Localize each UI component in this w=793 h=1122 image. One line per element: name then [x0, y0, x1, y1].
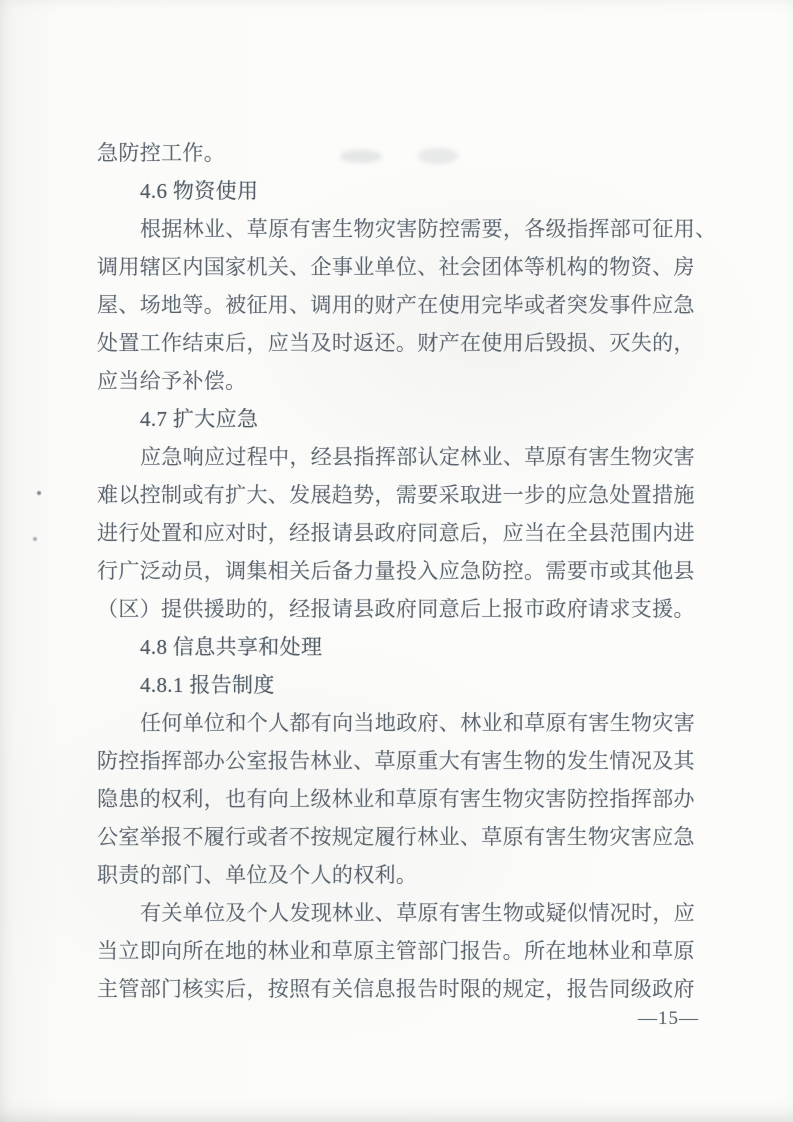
text-line: （区）提供援助的，经报请县政府同意后上报市政府请求支援。	[97, 590, 729, 628]
text-line: 职责的部门、单位及个人的权利。	[97, 856, 729, 894]
text-line: 应急响应过程中，经县指挥部认定林业、草原有害生物灾害	[97, 438, 729, 476]
scanned-document-page: 急防控工作。4.6 物资使用根据林业、草原有害生物灾害防控需要，各级指挥部可征用…	[0, 0, 793, 1122]
text-line: 进行处置和应对时，经报请县政府同意后，应当在全县范围内进	[97, 514, 729, 552]
section-heading: 4.8.1 报告制度	[97, 666, 729, 704]
text-line: 应当给予补偿。	[97, 362, 729, 400]
page-body: 急防控工作。4.6 物资使用根据林业、草原有害生物灾害防控需要，各级指挥部可征用…	[97, 134, 729, 1008]
text-line: 屋、场地等。被征用、调用的财产在使用完毕或者突发事件应急	[97, 286, 729, 324]
scan-speck	[33, 537, 37, 541]
scan-speck	[37, 491, 41, 495]
section-heading: 4.7 扩大应急	[97, 400, 729, 438]
page-number: —15—	[638, 1006, 699, 1032]
text-line: 主管部门核实后，按照有关信息报告时限的规定，报告同级政府	[97, 970, 729, 1008]
text-line: 处置工作结束后，应当及时返还。财产在使用后毁损、灭失的，	[97, 324, 729, 362]
text-line: 有关单位及个人发现林业、草原有害生物或疑似情况时，应	[97, 894, 729, 932]
text-line: 根据林业、草原有害生物灾害防控需要，各级指挥部可征用、	[97, 210, 729, 248]
text-line: 隐患的权利，也有向上级林业和草原有害生物灾害防控指挥部办	[97, 780, 729, 818]
section-heading: 4.8 信息共享和处理	[97, 628, 729, 666]
text-line: 当立即向所在地的林业和草原主管部门报告。所在地林业和草原	[97, 932, 729, 970]
text-line: 急防控工作。	[97, 134, 729, 172]
text-line: 任何单位和个人都有向当地政府、林业和草原有害生物灾害	[97, 704, 729, 742]
text-line: 难以控制或有扩大、发展趋势，需要采取进一步的应急处置措施	[97, 476, 729, 514]
section-heading: 4.6 物资使用	[97, 172, 729, 210]
text-line: 行广泛动员，调集相关后备力量投入应急防控。需要市或其他县	[97, 552, 729, 590]
text-line: 公室举报不履行或者不按规定履行林业、草原有害生物灾害应急	[97, 818, 729, 856]
text-line: 防控指挥部办公室报告林业、草原重大有害生物的发生情况及其	[97, 742, 729, 780]
text-line: 调用辖区内国家机关、企事业单位、社会团体等机构的物资、房	[97, 248, 729, 286]
